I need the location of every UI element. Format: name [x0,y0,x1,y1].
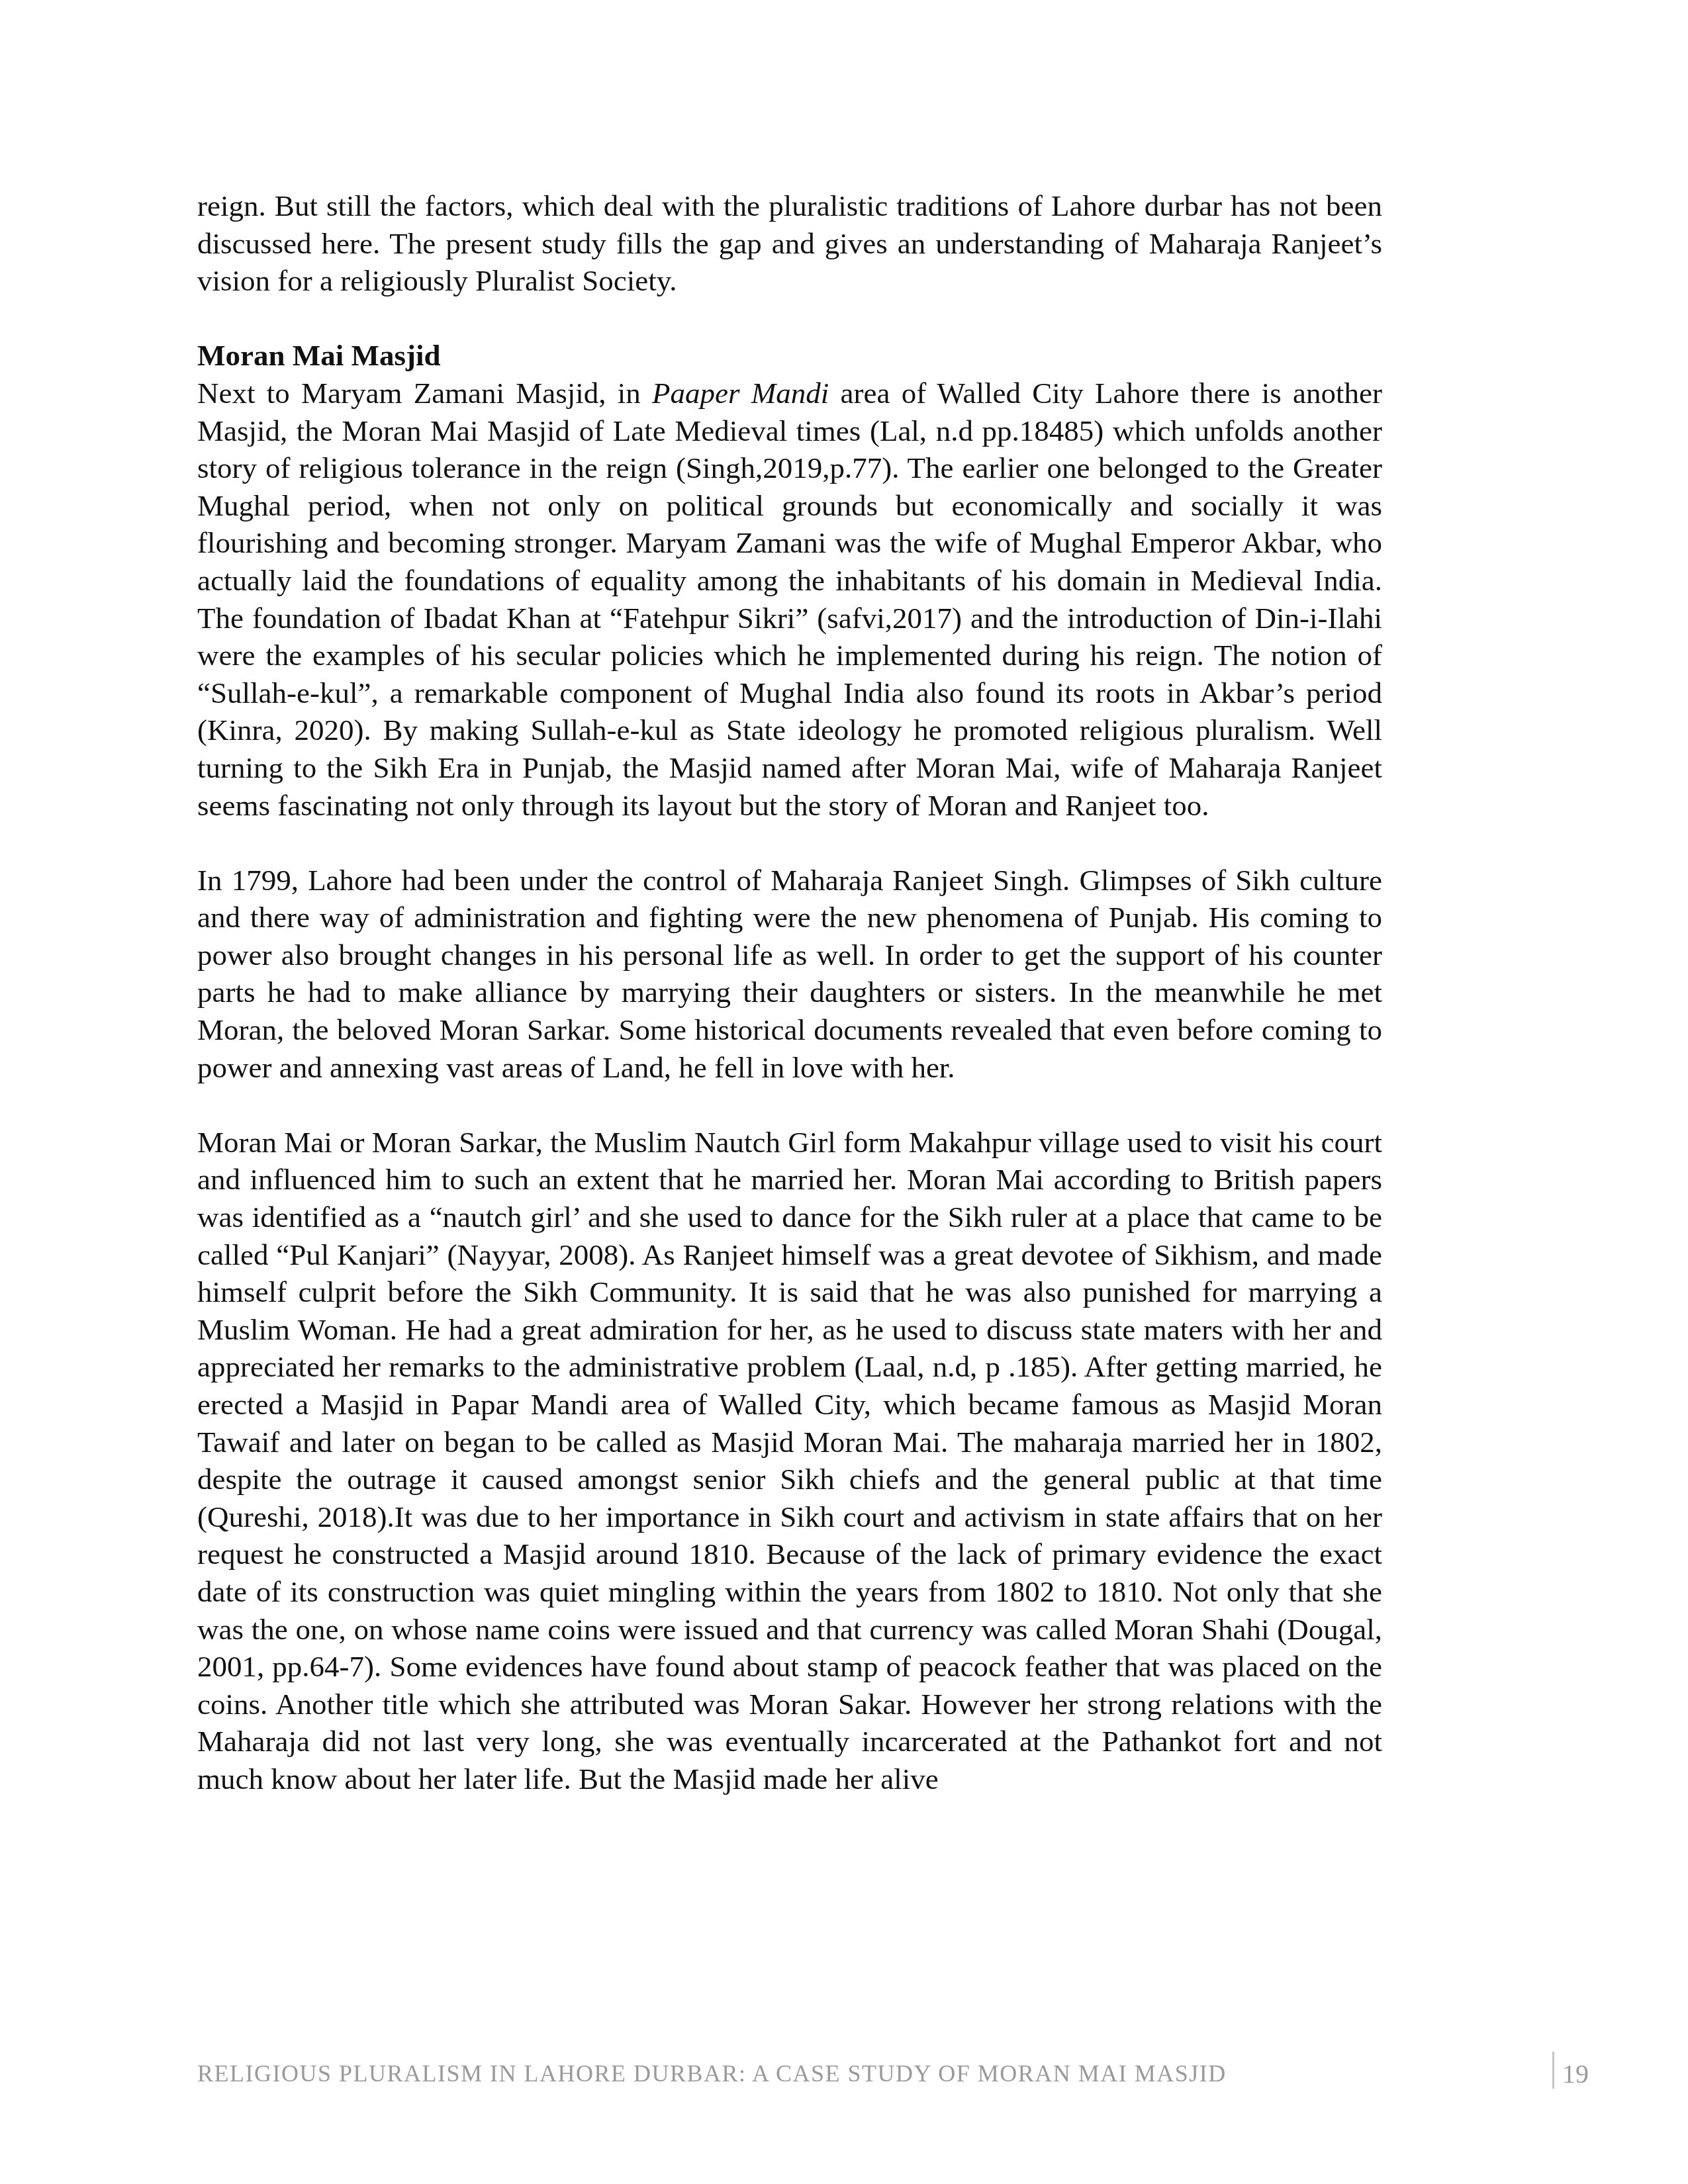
paragraph-spacer [197,300,1382,338]
page-number: 19 [1562,2058,1589,2089]
section-paragraph-2: In 1799, Lahore had been under the contr… [197,862,1382,1087]
para1-text-rest: area of Walled City Lahore there is anot… [197,377,1382,822]
footer-separator-bar [1552,2052,1554,2089]
section-heading: Moran Mai Masjid [197,337,1382,375]
body-text: reign. But still the factors, which deal… [197,187,1382,1798]
intro-paragraph: reign. But still the factors, which deal… [197,187,1382,300]
paragraph-spacer [197,824,1382,862]
section-paragraph-3: Moran Mai or Moran Sarkar, the Muslim Na… [197,1124,1382,1798]
paragraph-spacer [197,1086,1382,1124]
para1-italic-place-name: Paaper Mandi [652,377,829,410]
para1-text-start: Next to Maryam Zamani Masjid, in [197,377,652,410]
document-page: reign. But still the factors, which deal… [0,0,1688,2184]
running-footer-title: RELIGIOUS PLURALISM IN LAHORE DURBAR: A … [197,2060,1495,2087]
section-paragraph-1: Next to Maryam Zamani Masjid, in Paaper … [197,375,1382,824]
